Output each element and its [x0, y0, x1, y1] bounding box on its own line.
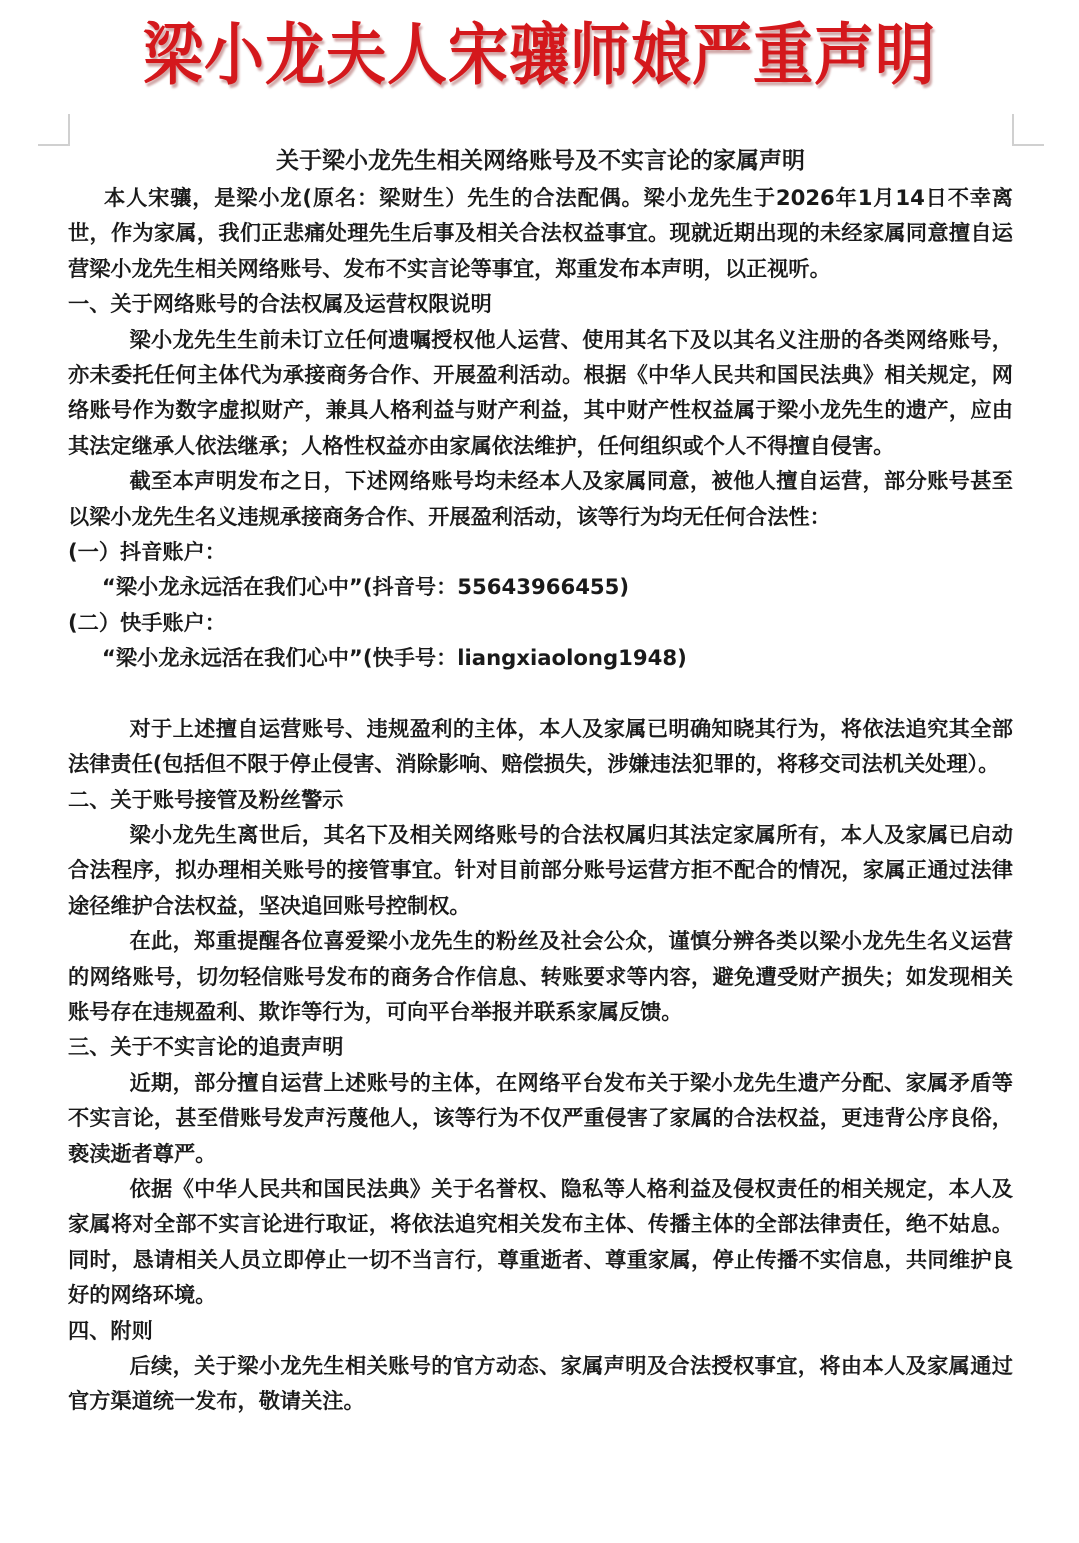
section-3-paragraph-2: 依据《中华人民共和国民法典》关于名誉权、隐私等人格利益及侵权责任的相关规定，本人… — [68, 1171, 1013, 1313]
document-body: 关于梁小龙先生相关网络账号及不实言论的家属声明 本人宋骧，是梁小龙(原名：梁财生… — [68, 142, 1013, 1419]
section-heading-1: 一、关于网络账号的合法权属及运营权限说明 — [68, 286, 1013, 321]
section-3-paragraph-1: 近期，部分擅自运营上述账号的主体，在网络平台发布关于梁小龙先生遗产分配、家属矛盾… — [68, 1065, 1013, 1171]
section-heading-3: 三、关于不实言论的追责声明 — [68, 1029, 1013, 1064]
blank-line — [68, 676, 1013, 711]
douyin-account-item: “梁小龙永远活在我们心中”(抖音号：55643966455) — [68, 569, 1013, 604]
kuaishou-account-label: (二）快手账户： — [68, 605, 1013, 640]
douyin-account-label: (一）抖音账户： — [68, 534, 1013, 569]
page-corner-mark-right — [1012, 114, 1044, 146]
kuaishou-account-item: “梁小龙永远活在我们心中”(快手号：liangxiaolong1948) — [68, 640, 1013, 675]
banner-title: 梁小龙夫人宋骧师娘严重声明 — [143, 2, 936, 98]
section-4-paragraph-1: 后续，关于梁小龙先生相关账号的官方动态、家属声明及合法授权事宜，将由本人及家属通… — [68, 1348, 1013, 1419]
section-1-closing: 对于上述擅自运营账号、违规盈利的主体，本人及家属已明确知晓其行为，将依法追究其全… — [68, 711, 1013, 782]
section-1-paragraph-1: 梁小龙先生生前未订立任何遗嘱授权他人运营、使用其名下及以其名义注册的各类网络账号… — [68, 322, 1013, 464]
intro-paragraph: 本人宋骧，是梁小龙(原名：梁财生）先生的合法配偶。梁小龙先生于2026年1月14… — [68, 180, 1013, 286]
section-heading-2: 二、关于账号接管及粉丝警示 — [68, 782, 1013, 817]
section-1-paragraph-2: 截至本声明发布之日，下述网络账号均未经本人及家属同意，被他人擅自运营，部分账号甚… — [68, 463, 1013, 534]
banner: 梁小龙夫人宋骧师娘严重声明 — [0, 0, 1079, 100]
section-2-paragraph-1: 梁小龙先生离世后，其名下及相关网络账号的合法权属归其法定家属所有，本人及家属已启… — [68, 817, 1013, 923]
document-title: 关于梁小龙先生相关网络账号及不实言论的家属声明 — [68, 142, 1013, 180]
section-heading-4: 四、附则 — [68, 1313, 1013, 1348]
bottom-fade-overlay — [0, 1500, 1079, 1543]
section-2-paragraph-2: 在此，郑重提醒各位喜爱梁小龙先生的粉丝及社会公众，谨慎分辨各类以梁小龙先生名义运… — [68, 923, 1013, 1029]
page-corner-mark-left — [38, 114, 70, 146]
